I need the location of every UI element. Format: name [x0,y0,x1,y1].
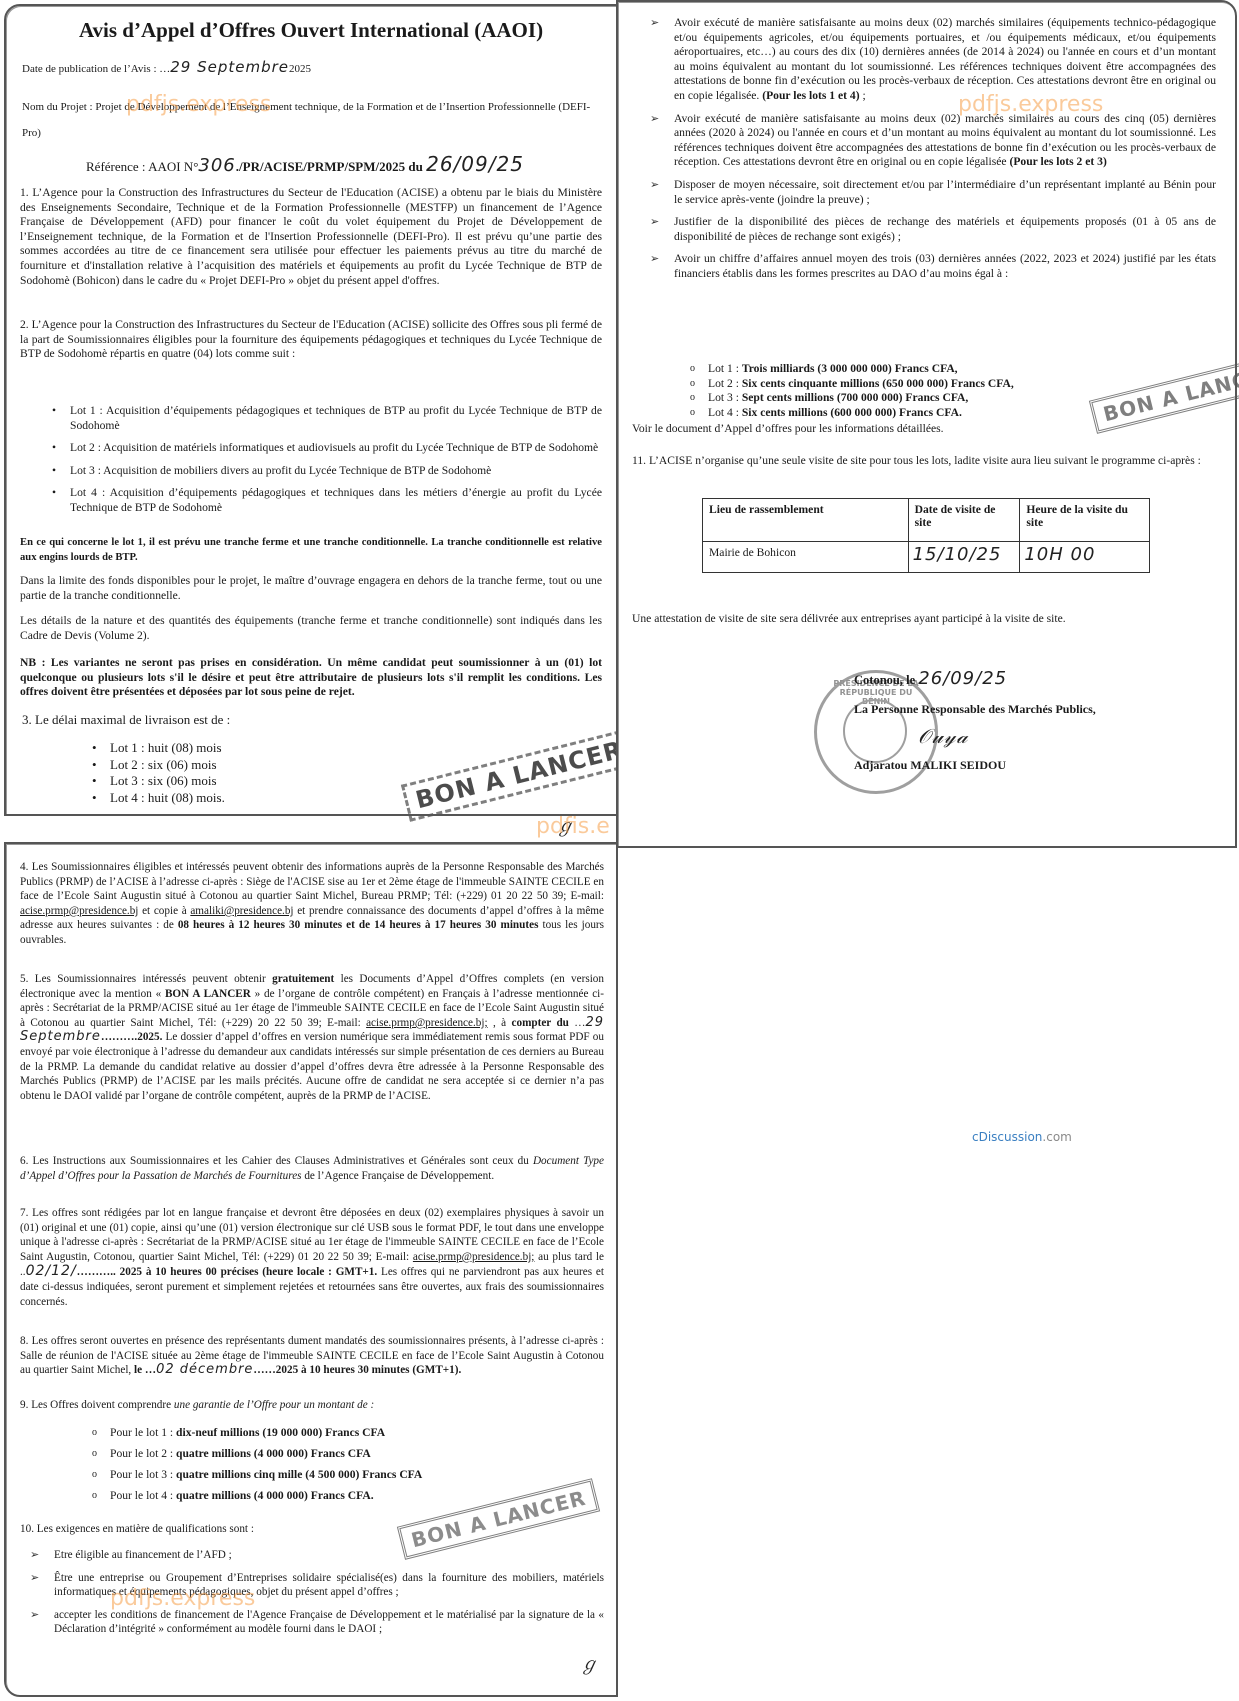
email-link[interactable]: acise.prmp@presidence.bj; [366,1017,488,1029]
lot-item: Lot 1 : Acquisition d’équipements pédago… [46,404,602,433]
publication-date: Date de publication de l’Avis : …29 Sept… [22,60,602,77]
watermark: pdfis.e [536,814,610,839]
site-visit-table: Lieu de rassemblement Date de visite de … [702,498,1150,573]
table-cell: Mairie de Bohicon [703,542,909,573]
table-cell: 10H 00 [1020,542,1150,573]
paragraph-5: 5. Les Soumissionnaires intéressés peuve… [20,972,604,1103]
table-header: Heure de la visite du site [1020,499,1150,542]
requirement-item: Avoir exécuté de manière satisfaisante a… [646,112,1216,170]
requirement-item: Avoir exécuté de manière satisfaisante a… [646,16,1216,104]
details-note: Les détails de la nature et des quantité… [20,614,602,643]
paragraph-7: 7. Les offres sont rédigées par lot en l… [20,1206,604,1309]
paragraph-2: 2. L’Agence pour la Construction des Inf… [20,318,602,362]
paragraph-6: 6. Les Instructions aux Soumissionnaires… [20,1154,604,1183]
email-link[interactable]: acise.prmp@presidence.bj [20,905,138,917]
lot-item: Lot 2 : Acquisition de matériels informa… [46,441,602,456]
paragraph-8: 8. Les offres seront ouvertes en présenc… [20,1334,604,1378]
notice-title: Avis d’Appel d’Offres Ouvert Internation… [16,18,606,43]
delivery-item: Lot 1 : huit (08) mois [86,740,225,757]
paragraph-1: 1. L’Agence pour la Construction des Inf… [20,186,602,288]
email-link[interactable]: acise.prmp@presidence.bj; [413,1251,535,1263]
signature: 𝒪𝓊𝓎𝒶 [918,724,968,748]
delivery-item: Lot 4 : huit (08) mois. [86,790,225,807]
requirements-list: Avoir exécuté de manière satisfaisante a… [646,16,1216,282]
bon-a-lancer-stamp: BON A LANCER [401,728,638,822]
project-name: Nom du Projet : Projet de Développement … [22,94,602,146]
document-page-2: Avoir exécuté de manière satisfaisante a… [616,0,1237,848]
lot-item: Lot 4 : Acquisition d’équipements pédago… [46,486,602,515]
document-page-3: pdfis.e 4. Les Soumissionnaires éligible… [4,842,618,1697]
turnover-item: Lot 2 : Six cents cinquante millions (65… [688,377,1188,392]
qualification-item: accepter les conditions de financement d… [26,1608,604,1637]
signer-name: Adjaratou MALIKI SEIDOU [854,758,1006,773]
paragraph-9: 9. Les Offres doivent comprendre une gar… [20,1398,604,1413]
funds-note: Dans la limite des fonds disponibles pou… [20,574,602,603]
brand-suffix: .com [1042,1130,1071,1144]
requirement-item: Avoir un chiffre d’affaires annuel moyen… [646,252,1216,281]
delivery-item: Lot 3 : six (06) mois [86,773,225,790]
email-link[interactable]: amaliki@presidence.bj [190,905,293,917]
signer-role: La Personne Responsable des Marchés Publ… [854,702,1096,717]
site-brand: cDiscussion.com [972,1130,1072,1144]
initials-mark: ℊ [580,1650,598,1676]
reference: Référence : AAOI N°306./PR/ACISE/PRMP/SP… [86,152,606,176]
reference-number: 306 [198,155,235,176]
delivery-heading: 3. Le délai maximal de livraison est de … [22,712,230,728]
delivery-item: Lot 2 : six (06) mois [86,757,225,774]
signature-place-date: Cotonou, le 26/09/25 [854,668,1007,689]
brand-prefix: cDiscussion [972,1130,1042,1144]
qualification-item: Etre éligible au financement de l’AFD ; [26,1548,604,1563]
watermark: pdfjs.express [126,92,271,117]
table-row: Mairie de Bohicon 15/10/25 10H 00 [703,542,1150,573]
watermark: pdfjs.express [110,1586,255,1611]
paragraph-10: 10. Les exigences en matière de qualific… [20,1522,604,1537]
document-page-1: Avis d’Appel d’Offres Ouvert Internation… [4,4,618,816]
lot-item: Lot 3 : Acquisition de mobiliers divers … [46,464,602,479]
paragraph-4: 4. Les Soumissionnaires éligibles et int… [20,860,604,948]
guarantee-item: Pour le lot 2 : quatre millions (4 000 0… [90,1443,570,1464]
paragraph-11: 11. L’ACISE n’organise qu’une seule visi… [632,454,1230,469]
delivery-list: Lot 1 : huit (08) mois Lot 2 : six (06) … [86,740,225,806]
requirement-item: Justifier de la disponibilité des pièces… [646,215,1216,244]
lots-list: Lot 1 : Acquisition d’équipements pédago… [46,404,602,516]
tranche-note: En ce qui concerne le lot 1, il est prév… [20,536,602,565]
reference-date: 26/09/25 [426,152,524,176]
watermark: pdfjs.express [958,92,1103,117]
table-header: Date de visite de site [908,499,1020,542]
guarantee-item: Pour le lot 1 : dix-neuf millions (19 00… [90,1422,570,1443]
guarantee-item: Pour le lot 3 : quatre millions cinq mil… [90,1464,570,1485]
turnover-item: Lot 1 : Trois milliards (3 000 000 000) … [688,362,1188,377]
table-cell: 15/10/25 [908,542,1020,573]
table-header-row: Lieu de rassemblement Date de visite de … [703,499,1150,542]
attestation-note: Une attestation de visite de site sera d… [632,612,1230,627]
nb-note: NB : Les variantes ne seront pas prises … [20,656,602,700]
guarantee-list: Pour le lot 1 : dix-neuf millions (19 00… [90,1422,570,1506]
publication-date-handwritten: 29 Septembre [170,58,289,76]
table-header: Lieu de rassemblement [703,499,909,542]
requirement-item: Disposer de moyen nécessaire, soit direc… [646,178,1216,207]
